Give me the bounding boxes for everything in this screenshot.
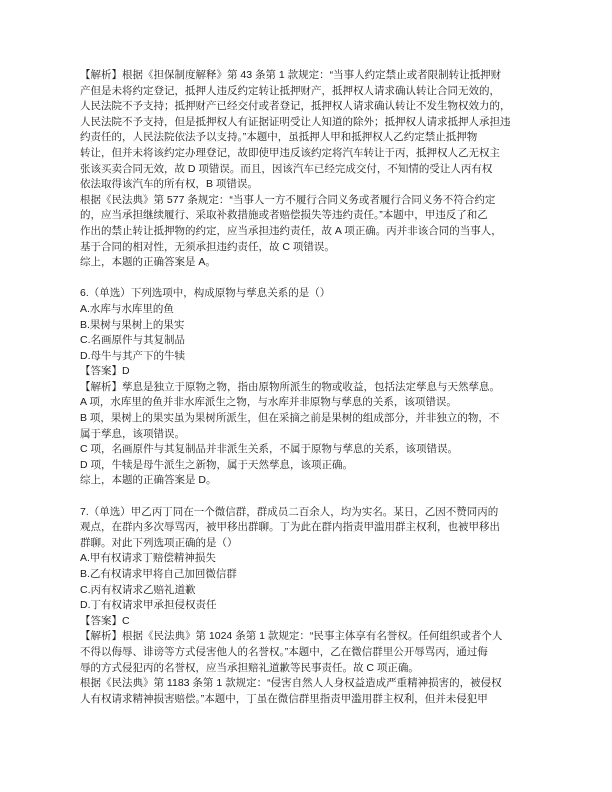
text-line: 不得以侮辱、诽谤等方式侵害他人的名誉权。”本题中，乙在微信群里公开辱骂丙，通过侮 bbox=[80, 645, 550, 661]
text-line: B 项，果树上的果实虽为果树所派生，但在采摘之前是果树的组成部分，并非独立的物，… bbox=[80, 411, 550, 427]
question7-stem: 7.（单选）甲乙丙丁同在一个微信群，群成员二百余人，均为实名。某日，乙因不赞同丙… bbox=[80, 505, 550, 552]
text-line: A 项，水库里的鱼并非水库派生之物，与水库并非原物与孳息的关系，该项错误。 bbox=[80, 395, 550, 411]
question6-analysis: 【解析】孳息是独立于原物之物，指由原物所派生的物或收益，包括法定孳息与天然孳息。… bbox=[80, 380, 550, 489]
text-line: 根据《民法典》第 1183 条第 1 款规定：“侵害自然人人身权益造成严重精神损… bbox=[80, 676, 550, 692]
text-line: D.母牛与其产下的牛犊 bbox=[80, 349, 550, 365]
text-line: 属于孳息，该项错误。 bbox=[80, 427, 550, 443]
text-line: B.乙有权请求甲将自己加回微信群 bbox=[80, 567, 550, 583]
text-line: C.名画原件与其复制品 bbox=[80, 333, 550, 349]
text-line: 7.（单选）甲乙丙丁同在一个微信群，群成员二百余人，均为实名。某日，乙因不赞同丙… bbox=[80, 505, 550, 521]
text-line: 综上，本题的正确答案是 D。 bbox=[80, 473, 550, 489]
text-line: 【解析】孳息是独立于原物之物，指由原物所派生的物或收益，包括法定孳息与天然孳息。 bbox=[80, 380, 550, 396]
text-line: 人民法院不予支持，但是抵押权人有证据证明受让人知道的除外；抵押权人请求抵押人承担… bbox=[80, 115, 550, 131]
text-line: 人民法院不予支持；抵押财产已经交付或者登记，抵押权人请求确认转让不发生物权效力的… bbox=[80, 99, 550, 115]
text-line: 作出的禁止转让抵押物的约定，应当承担违约责任，故 A 项正确。丙并非该合同的当事… bbox=[80, 224, 550, 240]
question7-options: A.甲有权请求丁赔偿精神损失B.乙有权请求甲将自己加回微信群C.丙有权请求乙赔礼… bbox=[80, 551, 550, 613]
text-line: 依法取得该汽车的所有权，B 项错误。 bbox=[80, 177, 550, 193]
question6-answer: 【答案】D bbox=[80, 364, 550, 380]
text-line: 的，应当承担继续履行、采取补救措施或者赔偿损失等违约责任。”本题中，甲违反了和乙 bbox=[80, 208, 550, 224]
text-line: D.丁有权请求甲承担侵权责任 bbox=[80, 598, 550, 614]
text-line: 群聊。对此下列选项正确的是（） bbox=[80, 536, 550, 552]
question7-block: 7.（单选）甲乙丙丁同在一个微信群，群成员二百余人，均为实名。某日，乙因不赞同丙… bbox=[80, 505, 550, 708]
text-line: 基于合同的相对性，无须承担违约责任，故 C 项错误。 bbox=[80, 240, 550, 256]
question6-stem: 6.（单选）下列选项中，构成原物与孳息关系的是（） bbox=[80, 286, 550, 302]
question6-options: A.水库与水库里的鱼B.果树与果树上的果实C.名画原件与其复制品D.母牛与其产下… bbox=[80, 302, 550, 364]
text-line: 【解析】根据《担保制度解释》第 43 条第 1 款规定：“当事人约定禁止或者限制… bbox=[80, 68, 550, 84]
question6-block: 6.（单选）下列选项中，构成原物与孳息关系的是（） A.水库与水库里的鱼B.果树… bbox=[80, 286, 550, 489]
text-line: 人有权请求精神损害赔偿。”本题中，丁虽在微信群里指责甲滥用群主权利，但并未侵犯甲 bbox=[80, 692, 550, 708]
question7-analysis: 【解析】根据《民法典》第 1024 条第 1 款规定：“民事主体享有名誉权。任何… bbox=[80, 629, 550, 707]
text-line: 观点，在群内多次辱骂丙，被甲移出群聊。丁为此在群内指责甲滥用群主权利，也被甲移出 bbox=[80, 520, 550, 536]
text-line: 张该买卖合同无效，故 D 项错误。而且，因该汽车已经完成交付，不知情的受让人丙有… bbox=[80, 162, 550, 178]
text-line: C 项，名画原件与其复制品并非派生关系，不属于原物与孳息的关系，该项错误。 bbox=[80, 442, 550, 458]
text-line: B.果树与果树上的果实 bbox=[80, 318, 550, 334]
text-line: 转让，但并未将该约定办理登记，故即使甲违反该约定将汽车转让于丙，抵押权人乙无权主 bbox=[80, 146, 550, 162]
text-line: 【解析】根据《民法典》第 1024 条第 1 款规定：“民事主体享有名誉权。任何… bbox=[80, 629, 550, 645]
question7-answer: 【答案】C bbox=[80, 614, 550, 630]
text-line: A.水库与水库里的鱼 bbox=[80, 302, 550, 318]
text-column: 【解析】根据《担保制度解释》第 43 条第 1 款规定：“当事人约定禁止或者限制… bbox=[80, 68, 550, 707]
text-line: 根据《民法典》第 577 条规定：“当事人一方不履行合同义务或者履行合同义务不符… bbox=[80, 193, 550, 209]
text-line: 产但是未将约定登记，抵押人违反约定转让抵押财产，抵押权人请求确认转让合同无效的， bbox=[80, 84, 550, 100]
text-line: 综上，本题的正确答案是 A。 bbox=[80, 255, 550, 271]
document-page: 【解析】根据《担保制度解释》第 43 条第 1 款规定：“当事人约定禁止或者限制… bbox=[0, 0, 612, 792]
text-line: A.甲有权请求丁赔偿精神损失 bbox=[80, 551, 550, 567]
text-line: 约责任的，人民法院依法予以支持。”本题中，虽抵押人甲和抵押权人乙约定禁止抵押物 bbox=[80, 130, 550, 146]
text-line: D 项，牛犊是母牛派生之新物，属于天然孳息，该项正确。 bbox=[80, 458, 550, 474]
text-line: 辱的方式侵犯丙的名誉权，应当承担赔礼道歉等民事责任。故 C 项正确。 bbox=[80, 661, 550, 677]
text-line: C.丙有权请求乙赔礼道歉 bbox=[80, 583, 550, 599]
question5-analysis-paragraph: 【解析】根据《担保制度解释》第 43 条第 1 款规定：“当事人约定禁止或者限制… bbox=[80, 68, 550, 271]
